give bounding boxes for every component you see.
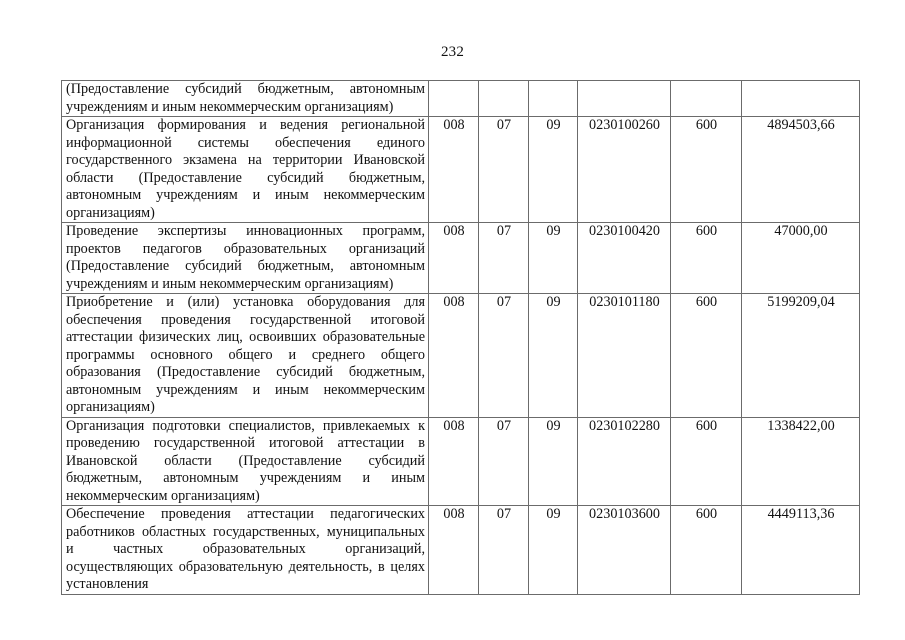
razdel-code: 07: [479, 506, 529, 595]
budget-table: (Предоставление субсидий бюджетным, авто…: [61, 80, 860, 595]
target-article-code: 0230100260: [578, 117, 671, 223]
podrazdel-code: 09: [529, 223, 578, 294]
expense-type-code: 600: [671, 294, 742, 418]
razdel-code: 07: [479, 117, 529, 223]
amount: 4894503,66: [742, 117, 860, 223]
table-row: Приобретение и (или) установка оборудова…: [62, 294, 860, 418]
razdel-code: 07: [479, 417, 529, 506]
row-description: Приобретение и (или) установка оборудова…: [62, 294, 429, 418]
target-article-code: [578, 81, 671, 117]
razdel-code: 07: [479, 294, 529, 418]
target-article-code: 0230103600: [578, 506, 671, 595]
amount: 47000,00: [742, 223, 860, 294]
podrazdel-code: 09: [529, 506, 578, 595]
expense-type-code: [671, 81, 742, 117]
expense-type-code: 600: [671, 506, 742, 595]
row-description: Организация подготовки специалистов, при…: [62, 417, 429, 506]
podrazdel-code: 09: [529, 117, 578, 223]
row-description: Организация формирования и ведения регио…: [62, 117, 429, 223]
podrazdel-code: [529, 81, 578, 117]
podrazdel-code: 09: [529, 294, 578, 418]
row-description: Проведение экспертизы инновационных прог…: [62, 223, 429, 294]
razdel-code: 07: [479, 223, 529, 294]
amount: 4449113,36: [742, 506, 860, 595]
expense-type-code: 600: [671, 117, 742, 223]
glava-code: [429, 81, 479, 117]
table-row: Организация формирования и ведения регио…: [62, 117, 860, 223]
glava-code: 008: [429, 117, 479, 223]
row-description: Обеспечение проведения аттестации педаго…: [62, 506, 429, 595]
table-row: Организация подготовки специалистов, при…: [62, 417, 860, 506]
amount: 1338422,00: [742, 417, 860, 506]
page-number: 232: [0, 44, 905, 61]
glava-code: 008: [429, 506, 479, 595]
amount: [742, 81, 860, 117]
glava-code: 008: [429, 223, 479, 294]
glava-code: 008: [429, 294, 479, 418]
podrazdel-code: 09: [529, 417, 578, 506]
target-article-code: 0230101180: [578, 294, 671, 418]
razdel-code: [479, 81, 529, 117]
target-article-code: 0230100420: [578, 223, 671, 294]
table-row: Обеспечение проведения аттестации педаго…: [62, 506, 860, 595]
row-description: (Предоставление субсидий бюджетным, авто…: [62, 81, 429, 117]
table-row: Проведение экспертизы инновационных прог…: [62, 223, 860, 294]
target-article-code: 0230102280: [578, 417, 671, 506]
expense-type-code: 600: [671, 417, 742, 506]
expense-type-code: 600: [671, 223, 742, 294]
amount: 5199209,04: [742, 294, 860, 418]
glava-code: 008: [429, 417, 479, 506]
table-row: (Предоставление субсидий бюджетным, авто…: [62, 81, 860, 117]
